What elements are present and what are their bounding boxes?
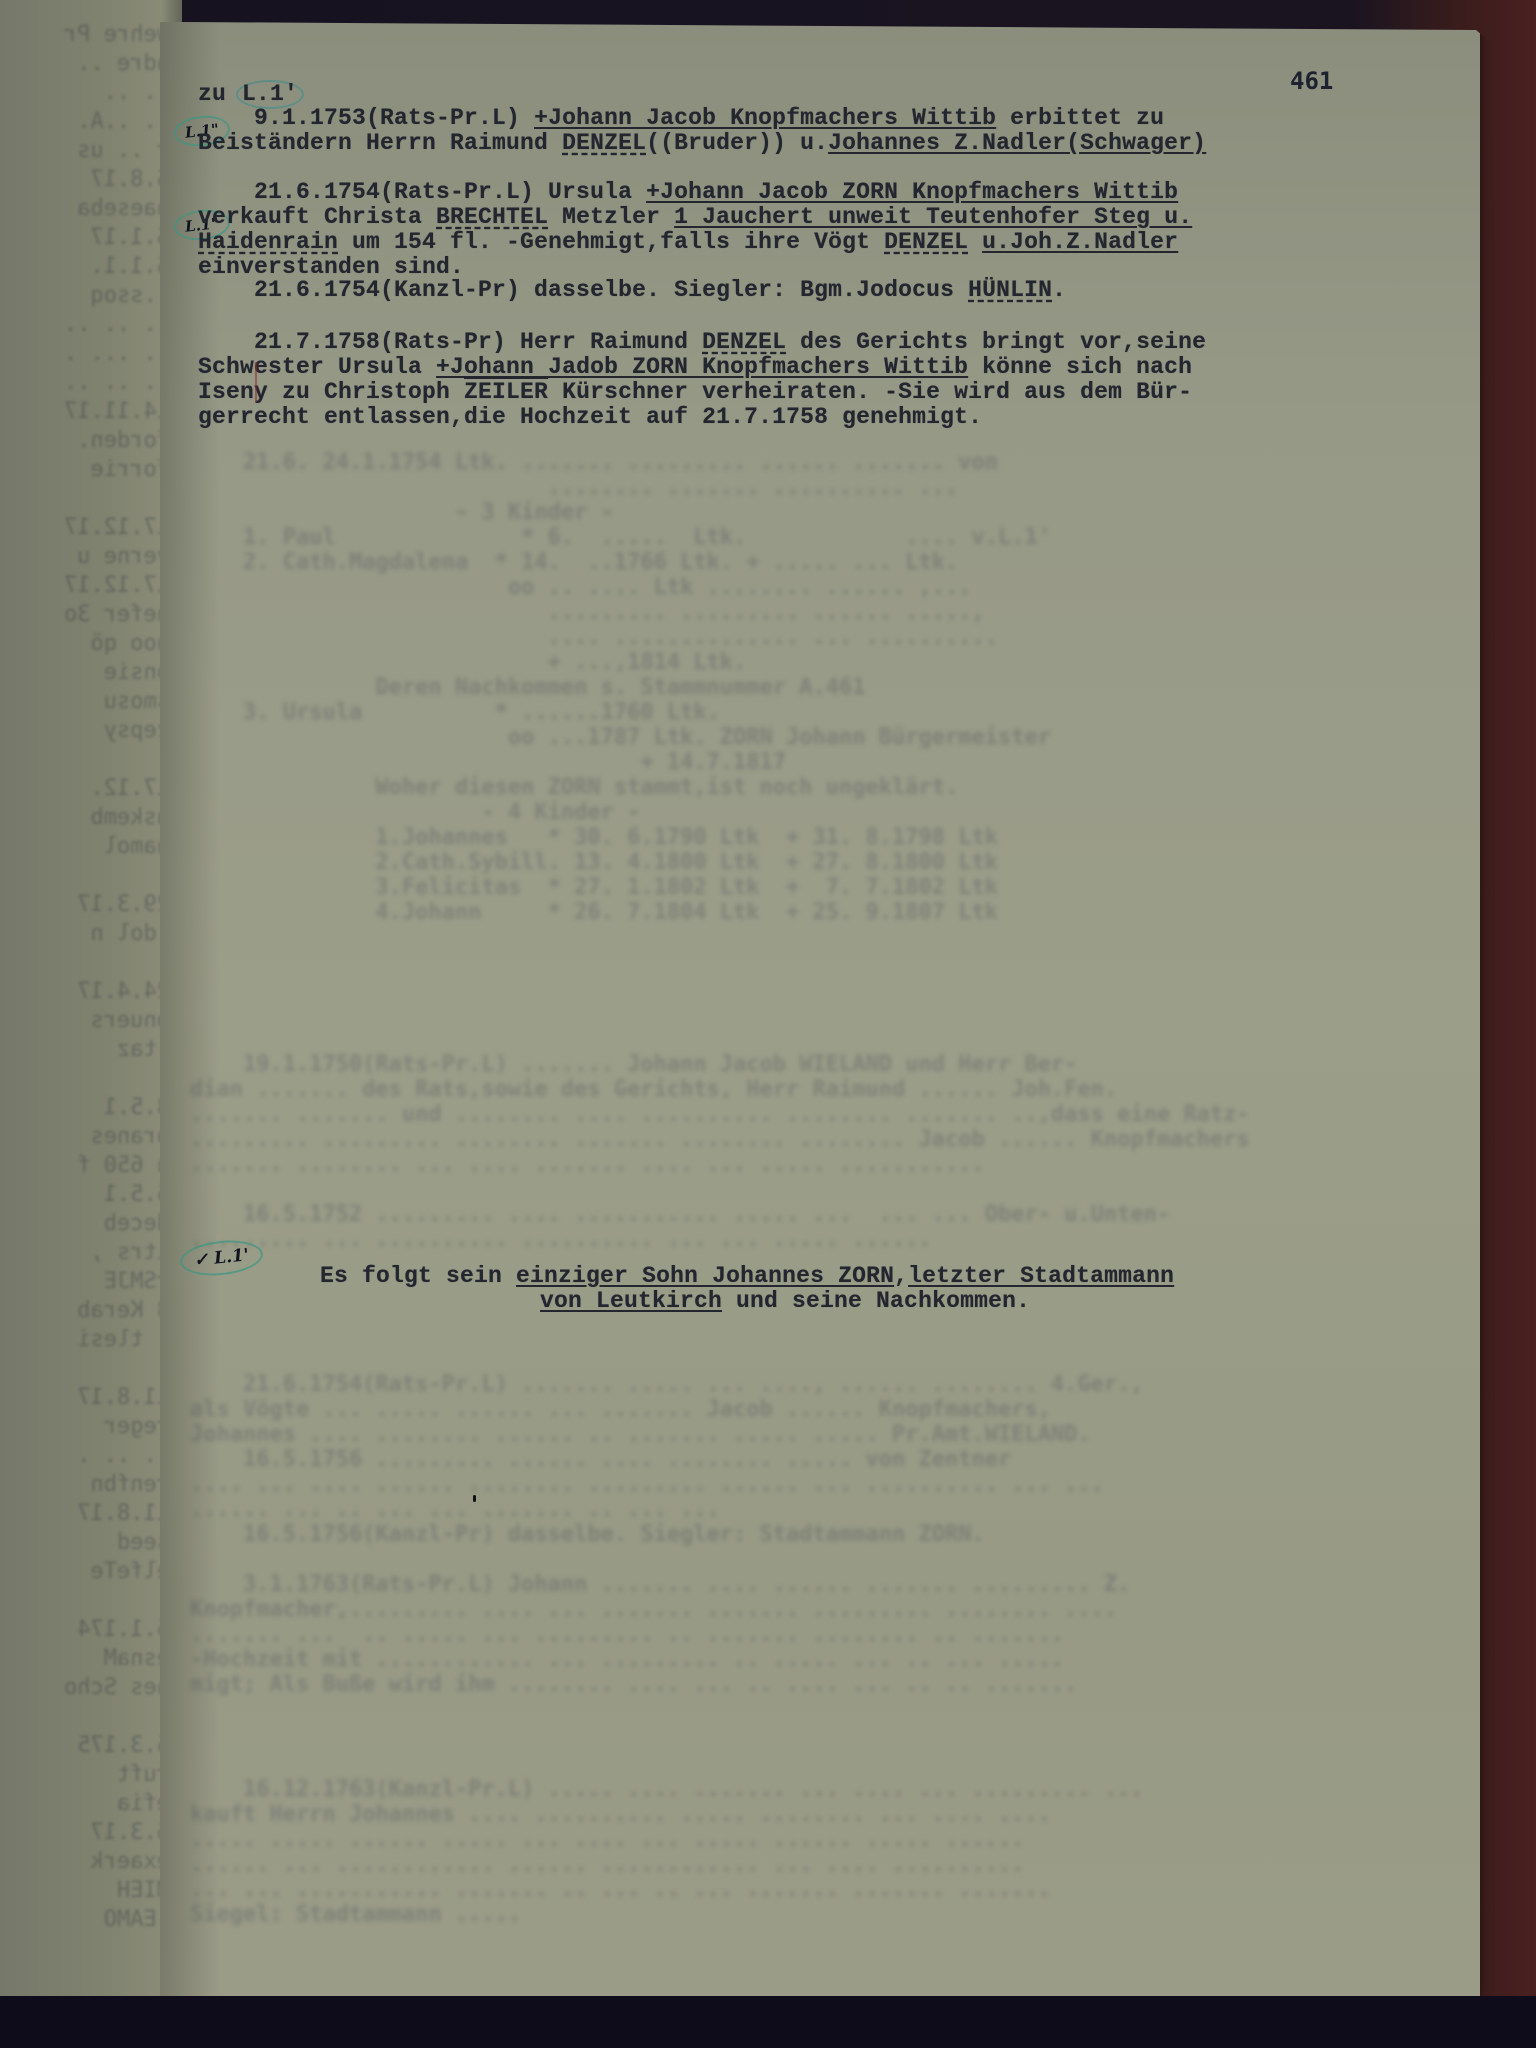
entry-line: gerrecht entlassen,die Hochzeit auf 21.7… [198,405,1498,430]
bleed-through-text: 19.1.1750(Rats-Pr.L) ....... Johann Jaco… [190,1052,1490,1252]
placename-run: Haidenrain [198,229,338,255]
margin-mark [255,362,257,402]
text-run: 21.7.1758(Rats-Pr) Herr Raimund [198,329,702,355]
entry-line: 21.7.1758(Rats-Pr) Herr Raimund DENZEL d… [198,330,1498,355]
entry-line: Schwester Ursula +Johann Jadob ZORN Knop… [198,355,1498,380]
surname-run: DENZEL [562,130,646,156]
bleed-through-text: 16.12.1763(Kanzl-Pr.L) ..... .... ......… [190,1777,1490,1927]
text-run [968,229,982,255]
text-run: könne sich nach [968,354,1192,380]
entry-1754-kanzl: 21.6.1754(Kanzl-Pr) dasselbe. Siegler: B… [198,278,1498,303]
entry-line: 9.1.1753(Rats-Pr.L) +Johann Jacob Knopfm… [198,106,1498,131]
text-run: Iseny zu Christoph [198,379,464,405]
entry-line: 21.6.1754(Rats-Pr.L) Ursula +Johann Jaco… [198,180,1498,205]
text-run: , [894,1263,908,1289]
document-page: 21.6. 24.1.1754 Ltk. ....... ......... .… [160,22,1480,1998]
text-run: um 154 fl. -Genehmigt,falls ihre Vögt [338,229,884,255]
text-run: Beiständern Herrn Raimund [198,130,562,156]
facing-page-text: wehre Pr adre .. .. .. .. ..A. r .. us S… [0,20,170,1934]
entry-1754-rats: 21.6.1754(Rats-Pr.L) Ursula +Johann Jaco… [198,180,1498,280]
entry-line: Beiständern Herrn Raimund DENZEL((Bruder… [198,131,1498,156]
closing-line: von Leutkirch und seine Nachkommen. [320,1289,1536,1314]
entry-1758: 21.7.1758(Rats-Pr) Herr Raimund DENZEL d… [198,330,1498,430]
bleed-through-text: 21.6.1754(Rats-Pr.L) ....... ..... ... .… [190,1372,1490,1697]
background-surface [0,1996,1536,2048]
surname-run: DENZEL [702,329,786,355]
entry-1753: 9.1.1753(Rats-Pr.L) +Johann Jacob Knopfm… [198,106,1498,156]
underlined-run: 1 Jauchert unweit Teutenhofer Steg u. [674,204,1192,230]
underlined-run: einziger Sohn Johannes ZORN [516,1263,894,1289]
closing-line: Es folgt sein einziger Sohn Johannes ZOR… [320,1264,1536,1289]
entry-line: 21.6.1754(Kanzl-Pr) dasselbe. Siegler: B… [198,278,1498,303]
text-run: Kürschner verheiraten. -Sie wird aus dem… [548,379,1192,405]
bleed-through-text: 21.6. 24.1.1754 Ltk. ....... ......... .… [190,450,1490,925]
entry-line: Iseny zu Christoph ZEILER Kürschner verh… [198,380,1498,405]
text-run: 9.1.1753(Rats-Pr.L) [198,105,534,131]
surname-run: DENZEL [884,229,968,255]
underlined-run: u.Joh.Z.Nadler [982,229,1178,255]
text-run: des Gerichts bringt vor,seine [786,329,1206,355]
text-run: Es folgt sein [320,1263,516,1289]
text-run: Metzler [548,204,674,230]
text-run: 21.6.1754(Rats-Pr.L) Ursula [198,179,646,205]
underlined-run: +Johann Jadob ZORN Knopfmachers Wittib [436,354,968,380]
text-run: verkauft Christa [198,204,436,230]
underlined-run: +Johann Jacob ZORN Knopfmachers Wittib [646,179,1178,205]
text-run: erbittet zu [996,105,1164,131]
underlined-run: letzter Stadtammann [908,1263,1174,1289]
text-run: ((Bruder)) u. [646,130,828,156]
entry-line: Haidenrain um 154 fl. -Genehmigt,falls i… [198,230,1498,255]
closing-note: Es folgt sein einziger Sohn Johannes ZOR… [320,1264,1536,1314]
entry-line: verkauft Christa BRECHTEL Metzler 1 Jauc… [198,205,1498,230]
text-run: und seine Nachkommen. [722,1288,1030,1314]
text-run: Schwester Ursula [198,354,436,380]
surname-run: BRECHTEL [436,204,548,230]
underlined-run: von Leutkirch [540,1288,722,1314]
underlined-run: Johannes Z.Nadler(Schwager) [828,130,1206,156]
surname-run: ZEILER [464,379,548,405]
heading-prefix: zu [198,81,240,107]
surname-run: HÜNLIN [968,277,1052,303]
paper-speck [473,1495,476,1502]
underlined-run: +Johann Jacob Knopfmachers Wittib [534,105,996,131]
facing-page-edge: wehre Pr adre .. .. .. .. ..A. r .. us S… [0,0,182,2048]
photo-scene: wehre Pr adre .. .. .. .. ..A. r .. us S… [0,0,1536,2048]
text-run: . [1052,277,1066,303]
text-run: 21.6.1754(Kanzl-Pr) dasselbe. Siegler: B… [198,277,968,303]
